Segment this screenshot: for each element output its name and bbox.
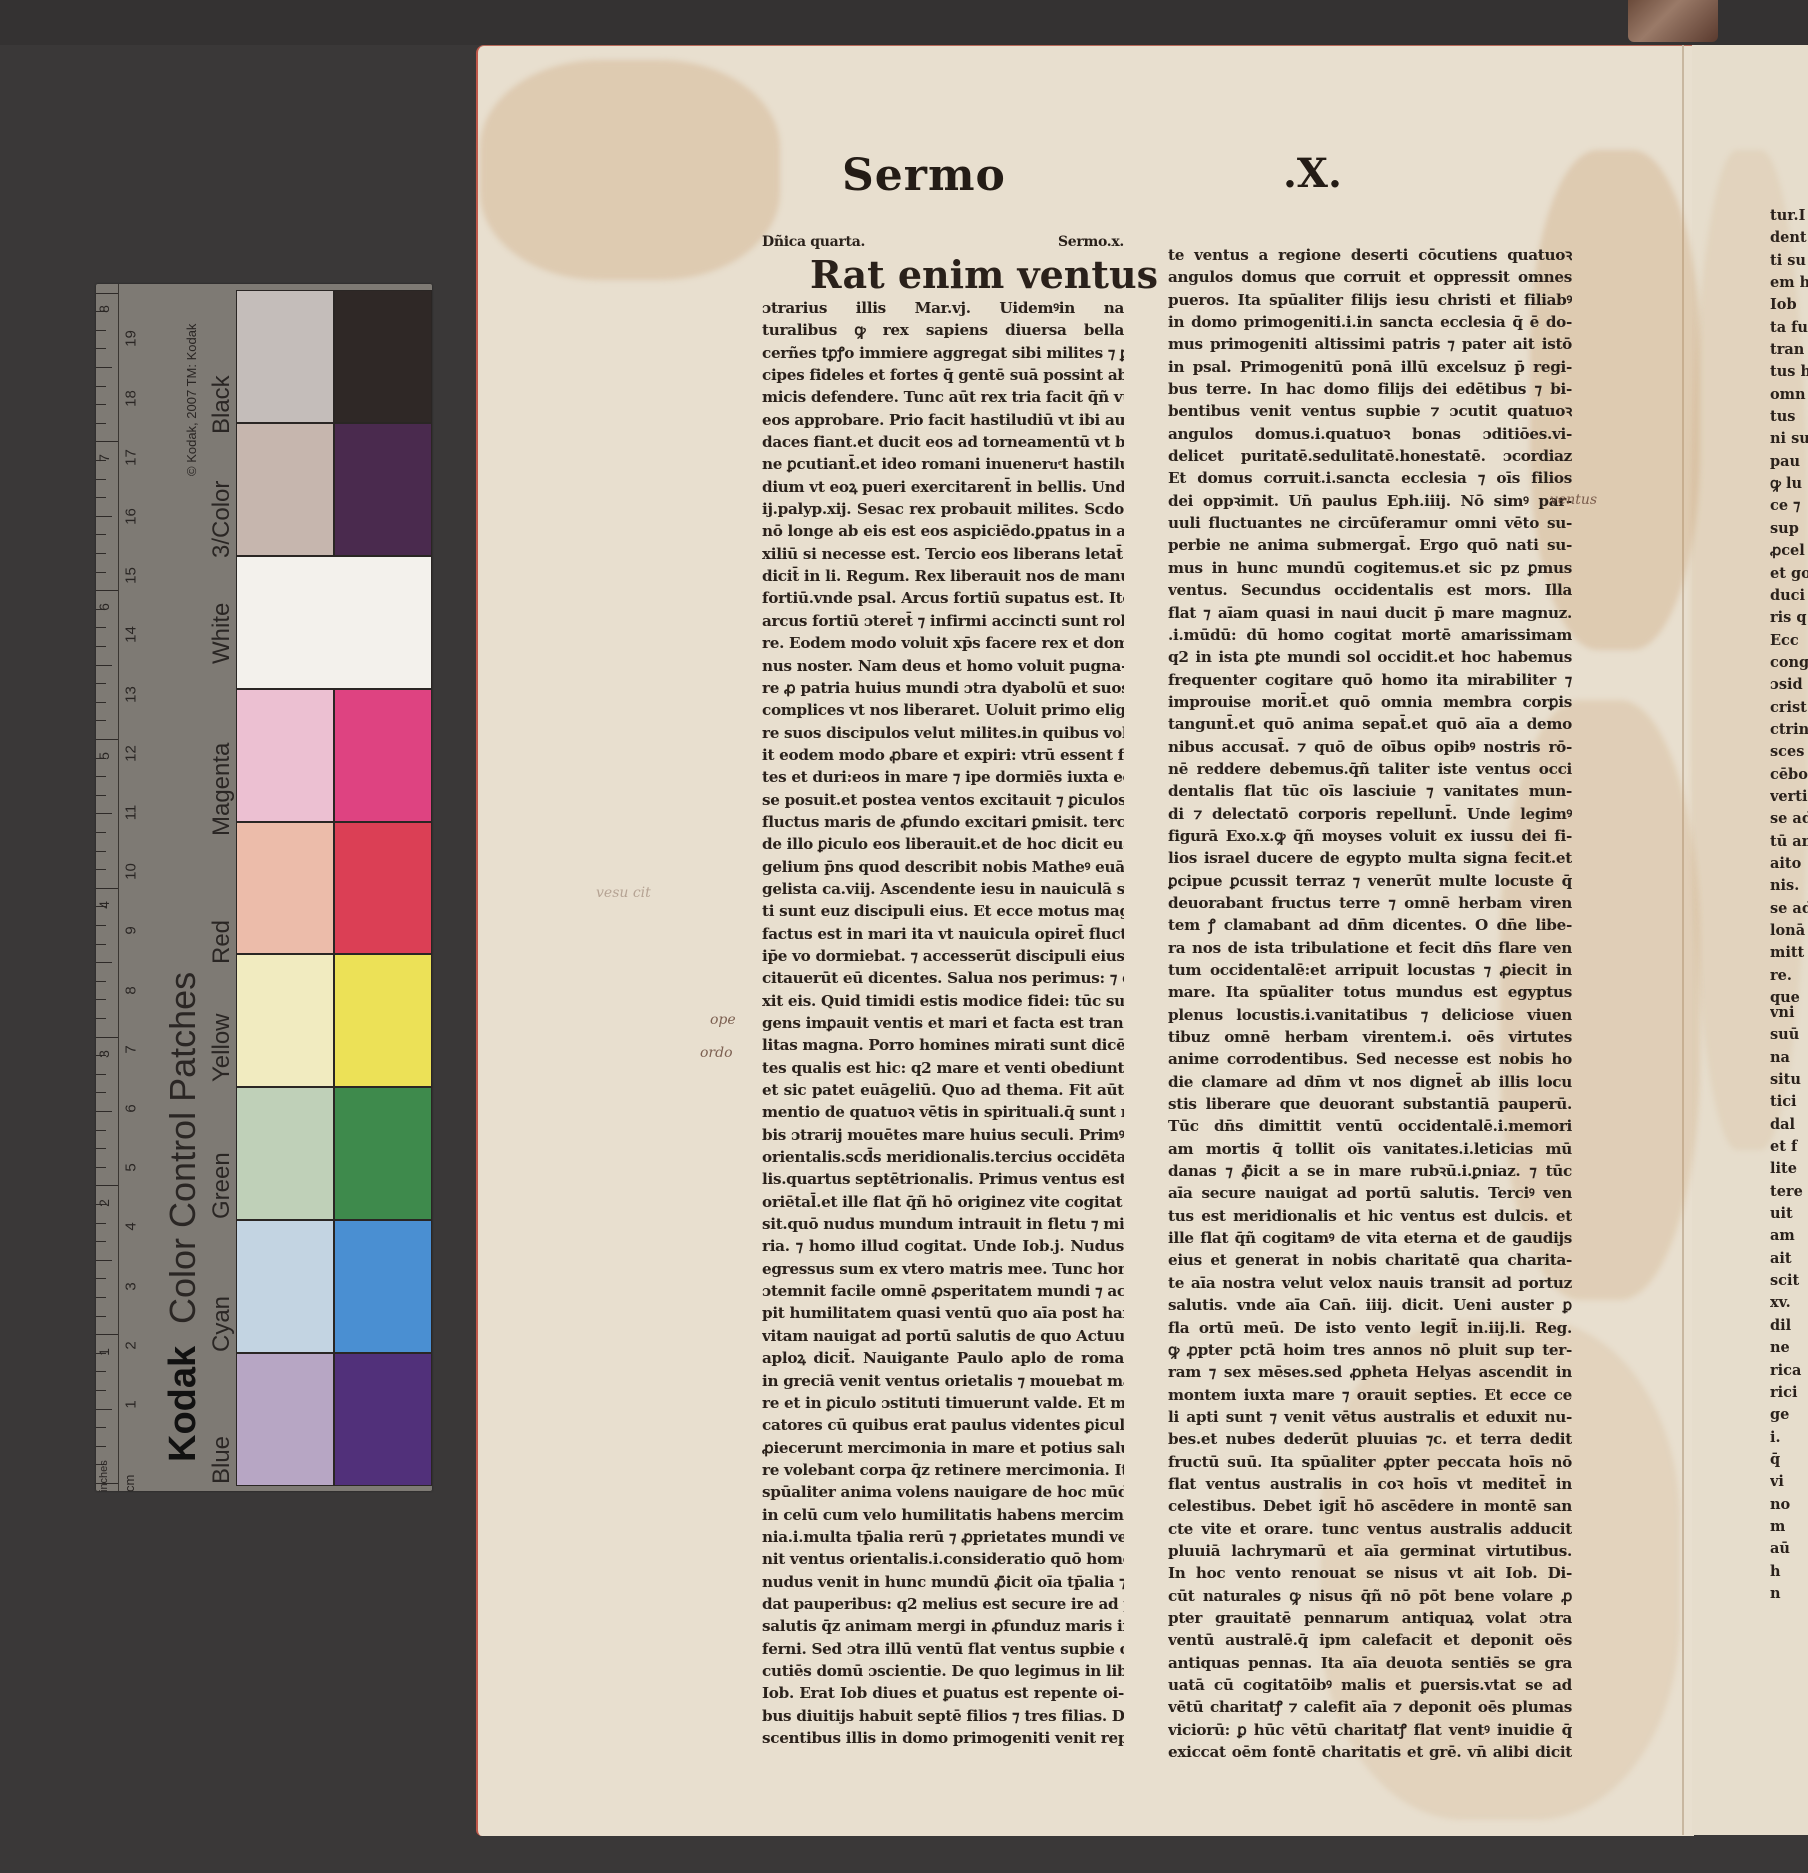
text-line: nus noster. Nam deus et homo voluit pugn… xyxy=(762,655,1124,677)
cm-tick-label: 16 xyxy=(123,504,140,530)
text-line: aploꝝ dicit̄. Nauigante Paulo aplo de ro… xyxy=(762,1347,1124,1369)
cm-tick-label: 15 xyxy=(123,563,140,589)
text-line: q2 in ista ꝑte mundi sol occidit.et hoc … xyxy=(1168,646,1572,668)
ruler-tick xyxy=(96,627,106,628)
text-column-right: te ventus a regione deserti cōcutiens qu… xyxy=(1168,244,1572,1763)
text-line: Iob. Erat Iob diues et ꝑuatus est repent… xyxy=(762,1682,1124,1704)
ruler-tick xyxy=(96,720,106,721)
text-line: danas ⁊ ꝓ̄icit a se in mare rubꝛū.i.ꝑnia… xyxy=(1168,1160,1572,1182)
running-head-number: .X. xyxy=(1283,150,1342,197)
fragment-line: ait xyxy=(1770,1248,1808,1270)
text-line: micis defendere. Tunc aūt rex tria facit… xyxy=(762,386,1124,408)
fragment-line: xv. xyxy=(1770,1292,1808,1314)
text-line: mus in hunc mundū cogitemus.et sic pz ꝑm… xyxy=(1168,557,1572,579)
text-line: In hoc vento renouat se nisus vt ait Iob… xyxy=(1168,1562,1572,1584)
text-line: viciorū: ꝑ hūc vētū charitatꝭ flat ventꝰ… xyxy=(1168,1719,1572,1741)
patch-red-light xyxy=(236,822,334,955)
text-line: celestibus. Debet igit̄ hō ascēdere in m… xyxy=(1168,1495,1572,1517)
running-head-sermo: Sermo xyxy=(842,150,1006,201)
patch-yellow-light xyxy=(236,954,334,1087)
fragment-line: ctrin xyxy=(1770,719,1808,741)
text-line: spūaliter anima volens nauigare de hoc m… xyxy=(762,1481,1124,1503)
text-line: vētū charitatꝭ ⁊ calefit aīa ⁊ deponit o… xyxy=(1168,1696,1572,1718)
ruler-tick xyxy=(96,293,118,294)
text-line: in greciā venit ventus orietalis ⁊ moueb… xyxy=(762,1370,1124,1392)
text-line: anime corrodentibus. Sed necesse est nob… xyxy=(1168,1048,1572,1070)
incipit-heading: Rat enim ventus xyxy=(810,253,1124,297)
inch-tick-label: 2 xyxy=(96,1193,112,1213)
ruler-tick xyxy=(96,590,118,591)
ruler-tick xyxy=(96,869,106,870)
patch-black-light xyxy=(236,290,334,423)
fragment-line: ris q xyxy=(1770,607,1808,629)
fragment-line: ta fu xyxy=(1770,317,1808,339)
text-line: it eodem modo ꝓbare et expiri: vtrū esse… xyxy=(762,744,1124,766)
patch-green-dark xyxy=(334,1087,432,1220)
patch-label: White xyxy=(208,603,236,664)
text-line: tus est meridionalis et hic ventus est d… xyxy=(1168,1205,1572,1227)
cm-tick-label: 5 xyxy=(123,1155,140,1181)
fragment-line: verti xyxy=(1770,786,1808,808)
patch-label: 3/Color xyxy=(208,481,236,558)
text-line: fructū suū. Ita spūaliter ꝓpter peccata … xyxy=(1168,1451,1572,1473)
ruler-units-inches: inches xyxy=(98,1460,110,1492)
ruler-tick xyxy=(96,1018,106,1019)
text-line: turalibus ꝙ rex sapiens diuersa bella xyxy=(762,319,1124,341)
text-line: ꝓiecerunt mercimonia in mare et potius s… xyxy=(762,1437,1124,1459)
ruler-tick xyxy=(96,1278,106,1279)
text-line: ꝑcipue ꝑcussit terraz ⁊ venerūt multe lo… xyxy=(1168,870,1572,892)
book-edge xyxy=(1628,0,1718,42)
text-line: mus primogeniti altissimi patris ⁊ pater… xyxy=(1168,333,1572,355)
fragment-line: nis. xyxy=(1770,875,1808,897)
text-line: lios israel ducere de egypto multa signa… xyxy=(1168,847,1572,869)
text-line: ille flat q̄ñ cogitamꝰ de vita eterna et… xyxy=(1168,1227,1572,1249)
text-line: tangunt̄.et quō anima sepat̄.et quō aīa … xyxy=(1168,713,1572,735)
text-line: ventus. Secundus occidentalis est mors. … xyxy=(1168,579,1572,601)
ruler-tick xyxy=(96,497,106,498)
fragment-line: vni xyxy=(1770,1002,1808,1024)
text-line: scentibus illis in domo primogeniti veni… xyxy=(762,1727,1124,1749)
text-line: Tūc dn̄s dimittit ventū occidentalē.i.me… xyxy=(1168,1115,1572,1137)
text-line: stis liberare que deuorant substantiā pa… xyxy=(1168,1093,1572,1115)
text-line: plenus locustis.i.vanitatibus ⁊ delicios… xyxy=(1168,1004,1572,1026)
ruler-tick xyxy=(96,813,112,814)
text-line: te aīa nostra velut velox nauis transit … xyxy=(1168,1272,1572,1294)
text-line: te ventus a regione deserti cōcutiens qu… xyxy=(1168,244,1572,266)
fragment-line: ge xyxy=(1770,1404,1808,1426)
text-line: salutis. vnde aīa Can̄. iiij. dicit. Uen… xyxy=(1168,1294,1572,1316)
ruler-tick xyxy=(96,1260,112,1261)
cm-tick-label: 3 xyxy=(123,1273,140,1299)
fragment-line: ꝓcel xyxy=(1770,540,1808,562)
ruler-units-cm: cm xyxy=(122,1475,137,1492)
text-line: catores cū quibus erat paulus videntes ꝑ… xyxy=(762,1414,1124,1436)
text-line: vitam nauigat ad portū salutis de quo Ac… xyxy=(762,1325,1124,1347)
text-line: angulos domus que corruit et oppressit o… xyxy=(1168,266,1572,288)
ruler-tick xyxy=(96,832,106,833)
cm-tick-label: 8 xyxy=(123,977,140,1003)
cm-tick-label: 2 xyxy=(123,1332,140,1358)
text-line: egressus sum ex vtero matris mee. Tunc h… xyxy=(762,1258,1124,1280)
ruler-tick xyxy=(96,1334,118,1335)
text-line: cutiēs domū ɔscientie. De quo legimus in… xyxy=(762,1660,1124,1682)
text-line: gelista ca.viij. Ascendente iesu in naui… xyxy=(762,878,1124,900)
fragment-line: tus h xyxy=(1770,361,1808,383)
patch-cyan-dark xyxy=(334,1220,432,1353)
text-line: ɔtemnit facile omnē ꝓsperitatem mundi ⁊ … xyxy=(762,1280,1124,1302)
fragment-line: tur.I xyxy=(1770,205,1808,227)
text-line: arcus fortiū ɔteret̄ ⁊ infirmi accincti … xyxy=(762,610,1124,632)
ruler-tick xyxy=(96,925,106,926)
text-line: mentio de quatuoꝛ vētis in spirituali.q̄… xyxy=(762,1101,1124,1123)
text-line: die clamare ad dn̄m vt nos dignet̄ ab il… xyxy=(1168,1071,1572,1093)
ruler-tick xyxy=(96,572,106,573)
text-line: litas magna. Porro homines mirati sunt d… xyxy=(762,1034,1124,1056)
text-line: ɔtrarius illis Mar.vj. Uidemꝰin na xyxy=(762,297,1124,319)
text-line: aīa secure nauigat ad portū salutis. Ter… xyxy=(1168,1182,1572,1204)
fragment-line: lite xyxy=(1770,1158,1808,1180)
fragment-line: ɔsid xyxy=(1770,674,1808,696)
patch-blue-dark xyxy=(334,1353,432,1486)
fragment-line: em h xyxy=(1770,272,1808,294)
text-line: nudus venit in hunc mundū ꝓ̄icit oīa tp̄… xyxy=(762,1571,1124,1593)
text-line: nit ventus orientalis.i.consideratio quō… xyxy=(762,1548,1124,1570)
ruler-tick xyxy=(96,1167,106,1168)
fragment-line: sup xyxy=(1770,518,1808,540)
inch-tick-label: 1 xyxy=(96,1342,112,1362)
fragment-line: duci xyxy=(1770,585,1808,607)
text-line: nibus accusat̄. ⁊ quō de oībus opibꝰ nos… xyxy=(1168,736,1572,758)
scan-background xyxy=(0,0,1808,45)
text-line: flat ventus australis in coꝛ hoīs vt med… xyxy=(1168,1473,1572,1495)
ruler-tick xyxy=(96,888,118,889)
text-line: in psal. Primogenitū ponā illū excelsuz … xyxy=(1168,356,1572,378)
fragment-line: am xyxy=(1770,1225,1808,1247)
fragment-line: no xyxy=(1770,1494,1808,1516)
kodak-title: Color Control Patches xyxy=(162,972,204,1324)
ruler-tick xyxy=(96,702,106,703)
patch-yellow-dark xyxy=(334,954,432,1087)
kodak-color-card: cm inches Kodak Color Control Patches © … xyxy=(96,284,432,1491)
text-line: daces fiant.et ducit eos ad torneamentū … xyxy=(762,431,1124,453)
text-line: ip̄e vo dormiebat. ⁊ accesserūt discipul… xyxy=(762,945,1124,967)
kodak-brand: Kodak xyxy=(162,1346,205,1462)
text-line: sit.quō nudus mundum intrauit in fletu ⁊… xyxy=(762,1213,1124,1235)
text-line: re volebant corpa q̄z retinere mercimoni… xyxy=(762,1459,1124,1481)
fragment-line: se ad xyxy=(1770,898,1808,920)
text-line: pueros. Ita spūaliter filijs iesu christ… xyxy=(1168,289,1572,311)
ruler-tick xyxy=(96,776,106,777)
fragment-line: ne xyxy=(1770,1337,1808,1359)
text-line: am mortis q̄ tollit oīs vanitates.i.leti… xyxy=(1168,1138,1572,1160)
patch-magenta-light xyxy=(236,689,334,822)
cm-tick-label: 13 xyxy=(123,681,140,707)
fragment-line: dil xyxy=(1770,1315,1808,1337)
text-line: gens imꝑauit ventis et mari et facta est… xyxy=(762,1012,1124,1034)
text-line: tum occidentalē:et arripuit locustas ⁊ ꝓ… xyxy=(1168,959,1572,981)
text-line: re. Eodem modo voluit xp̄s facere rex et… xyxy=(762,632,1124,654)
cm-tick-label: 7 xyxy=(123,1036,140,1062)
text-line: fortiū.vnde psal. Arcus fortiū supatus e… xyxy=(762,587,1124,609)
text-line: cūt naturales ꝙ nisus q̄ñ nō pōt bene vo… xyxy=(1168,1585,1572,1607)
text-line: angulos domus.i.quatuoꝛ bonas ɔditiōes.v… xyxy=(1168,423,1572,445)
text-line: ꝙ ꝓpter pctā hoim tres annos nō pluit su… xyxy=(1168,1339,1572,1361)
text-line: ria. ⁊ homo illud cogitat. Unde Iob.j. N… xyxy=(762,1235,1124,1257)
fragment-line: cēbo xyxy=(1770,764,1808,786)
cm-tick-label: 17 xyxy=(123,444,140,470)
ruler-tick xyxy=(96,1092,106,1093)
patch-white xyxy=(236,556,432,689)
ruler-tick xyxy=(96,962,112,963)
fragment-line: ti su xyxy=(1770,250,1808,272)
text-line: ventū australē.q̄ ipm calefacit et depon… xyxy=(1168,1629,1572,1651)
text-line: ne ꝑcutiant̄.et ideo romani inueneruͤt h… xyxy=(762,453,1124,475)
fragment-line: et f xyxy=(1770,1136,1808,1158)
patch-red-dark xyxy=(334,822,432,955)
cm-tick-label: 12 xyxy=(123,740,140,766)
ruler-tick xyxy=(96,999,106,1000)
text-line: oriētal̄.et ille flat q̄ñ hō originez vi… xyxy=(762,1191,1124,1213)
text-line: complices vt nos liberaret. Uoluit primo… xyxy=(762,699,1124,721)
ruler-tick xyxy=(96,1037,118,1038)
ruler-tick xyxy=(96,1241,106,1242)
fragment-line: crist xyxy=(1770,697,1808,719)
cm-tick-label: 1 xyxy=(123,1392,140,1418)
text-line: factus est in mari ita vt nauicula opire… xyxy=(762,923,1124,945)
ruler-tick xyxy=(96,739,118,740)
text-line: deuorabant fructus terre ⁊ omnē herbam v… xyxy=(1168,892,1572,914)
text-line: flat ⁊ aīam quasi in naui ducit p̄ mare … xyxy=(1168,602,1572,624)
text-line: xiliū si necesse est. Tercio eos liberan… xyxy=(762,543,1124,565)
ruler-tick xyxy=(96,423,106,424)
ruler-tick xyxy=(96,851,106,852)
ruler-tick xyxy=(96,1390,106,1391)
text-line: dentalis flat tūc oīs lasciuie ⁊ vanitat… xyxy=(1168,780,1572,802)
text-line: pluuiā lachrymarū et aīa germinat virtut… xyxy=(1168,1540,1572,1562)
kodak-copyright: © Kodak, 2007 TM: Kodak xyxy=(184,324,199,476)
marginal-note: ordo xyxy=(700,1045,733,1061)
text-line: cte vite et orare. tunc ventus australis… xyxy=(1168,1518,1572,1540)
inch-tick-label: 7 xyxy=(96,448,112,468)
ruler-tick xyxy=(96,1446,106,1447)
ruler-tick xyxy=(96,386,106,387)
text-line: ij.palyp.xij. Sesac rex probauit milites… xyxy=(762,498,1124,520)
text-line: dat pauperibus: q2 melius est secure ire… xyxy=(762,1593,1124,1615)
text-line: .i.mūdū: dū homo cogitat mortē amarissim… xyxy=(1168,624,1572,646)
text-line: fla ortū meū. De isto vento legit̄ in.ii… xyxy=(1168,1317,1572,1339)
text-line: pit humilitatem quasi ventū quo aīa post… xyxy=(762,1302,1124,1324)
text-line: ti sunt euz discipuli eius. Et ecce motu… xyxy=(762,900,1124,922)
patch-label: Red xyxy=(208,920,236,964)
patch-magenta-dark xyxy=(334,689,432,822)
inch-tick-label: 4 xyxy=(96,895,112,915)
fragment-line: pau xyxy=(1770,451,1808,473)
cm-tick-label: 9 xyxy=(123,918,140,944)
fragment-line: ꝙ lu xyxy=(1770,473,1808,495)
text-line: dium vt eoꝝ pueri exercitarent̄ in belli… xyxy=(762,476,1124,498)
fragment-line: sces xyxy=(1770,741,1808,763)
inch-tick-label: 5 xyxy=(96,746,112,766)
text-line: tes qualis est hic: q2 mare et venti obe… xyxy=(762,1057,1124,1079)
cm-tick-label: 4 xyxy=(123,1214,140,1240)
ruler-tick xyxy=(96,1074,106,1075)
ruler-tick xyxy=(96,1297,106,1298)
text-line: nē reddere debemus.q̄ñ taliter iste vent… xyxy=(1168,758,1572,780)
fragment-line: dal xyxy=(1770,1114,1808,1136)
facing-page-text-upper: tur.Identti suem hIobta futrantus homntu… xyxy=(1770,205,1808,1009)
color-patches xyxy=(236,290,432,1486)
text-line: bis ɔtrarij mouētes mare huius seculi. P… xyxy=(762,1124,1124,1146)
ruler-tick xyxy=(96,1185,118,1186)
cm-tick-label: 18 xyxy=(123,385,140,411)
text-line: eos approbare. Prio facit hastiludiū vt … xyxy=(762,409,1124,431)
ruler-tick xyxy=(96,1427,106,1428)
fragment-line: tus xyxy=(1770,406,1808,428)
text-line: re et in ꝑiculo ɔstituti timuerunt valde… xyxy=(762,1392,1124,1414)
patch-label: Black xyxy=(208,375,236,434)
text-line: gelium p̄ns quod describit nobis Matheꝰ … xyxy=(762,856,1124,878)
text-line: Et domus corruit.i.sancta ecclesia ⁊ oīs… xyxy=(1168,467,1572,489)
fragment-line: se ad xyxy=(1770,808,1808,830)
text-line: dicit̄ in li. Regum. Rex liberauit nos d… xyxy=(762,565,1124,587)
ruler-tick xyxy=(96,1371,106,1372)
text-line: mare. Ita spūaliter totus mundus est egy… xyxy=(1168,981,1572,1003)
fragment-line: h xyxy=(1770,1561,1808,1583)
text-line: li apti sunt ⁊ venit vētus australis et … xyxy=(1168,1406,1572,1428)
patch-label: Green xyxy=(208,1152,236,1219)
text-line: de illo ꝑiculo eos liberauit.et de hoc d… xyxy=(762,833,1124,855)
text-line: re ꝓ patria huius mundi ɔtra dyabolū et … xyxy=(762,677,1124,699)
fragment-line: uit xyxy=(1770,1203,1808,1225)
ruler-tick xyxy=(96,516,112,517)
text-line: bes.et nubes dederūt pluuias ⁊c. et terr… xyxy=(1168,1428,1572,1450)
fragment-line: tere xyxy=(1770,1181,1808,1203)
text-line: in celū cum velo humilitatis habens merc… xyxy=(762,1504,1124,1526)
text-line: nia.i.multa tp̄alia rerū ⁊ ꝓprietates mu… xyxy=(762,1526,1124,1548)
inch-tick-label: 6 xyxy=(96,597,112,617)
text-line: re suos discipulos velut milites.in quib… xyxy=(762,722,1124,744)
fragment-line: situ xyxy=(1770,1069,1808,1091)
cm-tick-label: 10 xyxy=(123,859,140,885)
patch-black-dark xyxy=(334,290,432,423)
fragment-line: vi xyxy=(1770,1471,1808,1493)
patch-blue-light xyxy=(236,1353,334,1486)
fragment-line: scit xyxy=(1770,1270,1808,1292)
inch-tick-label: 3 xyxy=(96,1044,112,1064)
ruler-tick xyxy=(96,479,106,480)
text-line: in domo primogeniti.i.in sancta ecclesia… xyxy=(1168,311,1572,333)
text-line: uuli fluctuantes ne circūferamur omni vē… xyxy=(1168,512,1572,534)
inch-tick-label: 8 xyxy=(96,299,112,319)
text-line: ra nos de ista tribulatione et fecit dn̄… xyxy=(1168,937,1572,959)
cm-tick-label: 6 xyxy=(123,1096,140,1122)
fragment-line: re. xyxy=(1770,965,1808,987)
ruler-tick xyxy=(96,348,106,349)
text-line: et sic patet euāgeliū. Quo ad thema. Fit… xyxy=(762,1079,1124,1101)
ruler-tick xyxy=(96,981,106,982)
ruler-tick xyxy=(96,553,106,554)
fragment-line: q̄ xyxy=(1770,1449,1808,1471)
cm-tick-label: 14 xyxy=(123,622,140,648)
text-line: pter grauitatē pennarum antiquaꝝ volat ɔ… xyxy=(1168,1607,1572,1629)
ruler-tick xyxy=(96,1316,106,1317)
ruler-tick xyxy=(96,367,112,368)
text-line: montem iuxta mare ⁊ orauit septies. Et e… xyxy=(1168,1384,1572,1406)
fragment-line: et go xyxy=(1770,563,1808,585)
text-line: cipes fideles et fortes q̄ gentē suā pos… xyxy=(762,364,1124,386)
text-line: tibuz omnē herbam virentem.i. oēs virtut… xyxy=(1168,1026,1572,1048)
ruler-tick xyxy=(96,404,106,405)
text-line: ferni. Sed ɔtra illū ventū flat ventus s… xyxy=(762,1638,1124,1660)
patch-label: Magenta xyxy=(208,743,236,836)
ruler-tick xyxy=(96,1130,106,1131)
text-line: bus terre. In hac domo filijs dei edētib… xyxy=(1168,378,1572,400)
text-line: bus diuitijs habuit septē filios ⁊ tres … xyxy=(762,1705,1124,1727)
text-line: fluctus maris de ꝓfundo excitari ꝑmisit.… xyxy=(762,811,1124,833)
fragment-line: rici xyxy=(1770,1382,1808,1404)
subhead-sermo: Sermo.x. xyxy=(1058,231,1124,253)
ruler-tick xyxy=(96,1148,106,1149)
ruler-tick xyxy=(96,441,118,442)
text-line: improuise morit̄.et quō omnia membra cor… xyxy=(1168,691,1572,713)
fragment-line: na xyxy=(1770,1047,1808,1069)
fragment-line: dent xyxy=(1770,227,1808,249)
fragment-line: omn xyxy=(1770,384,1808,406)
text-line: frequenter cogitare quō homo ita mirabil… xyxy=(1168,669,1572,691)
cm-tick-label: 19 xyxy=(123,326,140,352)
ruler-tick xyxy=(96,646,106,647)
text-line: tem ꝭ clamabant ad dn̄m dicentes. O dn̄e… xyxy=(1168,914,1572,936)
text-line: ram ⁊ sex mēses.sed ꝓpheta Helyas ascend… xyxy=(1168,1361,1572,1383)
ruler-tick xyxy=(96,1409,112,1410)
fragment-line: tū an xyxy=(1770,831,1808,853)
fragment-line: rica xyxy=(1770,1360,1808,1382)
fragment-line: Iob xyxy=(1770,294,1808,316)
text-line: uatā cū cogitatōibꝰ malis et ꝑuersis.vta… xyxy=(1168,1674,1572,1696)
text-line: citauerūt eū dicentes. Salua nos perimus… xyxy=(762,967,1124,989)
text-column-left: Dñica quarta. Sermo.x. Rat enim ventus ɔ… xyxy=(762,231,1124,1749)
fragment-line: aito xyxy=(1770,853,1808,875)
fragment-line: i. xyxy=(1770,1427,1808,1449)
patch-3-color-light xyxy=(236,423,334,556)
ruler-tick xyxy=(96,330,106,331)
text-line: di ⁊ delectatō corporis repellunt̄. Unde… xyxy=(1168,803,1572,825)
patch-label: Blue xyxy=(208,1436,236,1484)
text-line: se posuit.et postea ventos excitauit ⁊ ꝑ… xyxy=(762,789,1124,811)
fragment-line: tici xyxy=(1770,1091,1808,1113)
text-line: bentibus venit ventus supbie ⁊ ɔcutit qu… xyxy=(1168,400,1572,422)
fragment-line: suū xyxy=(1770,1024,1808,1046)
text-line: xit eis. Quid timidi estis modice fidei:… xyxy=(762,990,1124,1012)
text-line: orientalis.scd̄s meridionalis.tercius oc… xyxy=(762,1146,1124,1168)
fragment-line: mitt xyxy=(1770,942,1808,964)
facing-page-text-lower: vnisuūnasituticidalet flitetereuitamaits… xyxy=(1770,1002,1808,1605)
subhead-sunday: Dñica quarta. xyxy=(762,231,865,253)
text-line: antiquas pennas. Ita aīa deuota sentiēs … xyxy=(1168,1652,1572,1674)
patch-label: Cyan xyxy=(208,1296,236,1352)
text-line: delicet puritatē.sedulitatē.honestatē. ɔ… xyxy=(1168,445,1572,467)
text-line: perbie ne anima submergat̄. Ergo quō nat… xyxy=(1168,534,1572,556)
marginal-note: ventus xyxy=(1550,492,1597,508)
fragment-line: aū xyxy=(1770,1538,1808,1560)
ruler-tick xyxy=(96,795,106,796)
fragment-line: tran xyxy=(1770,339,1808,361)
fragment-line: ni su xyxy=(1770,428,1808,450)
water-stain xyxy=(480,60,780,280)
patch-green-light xyxy=(236,1087,334,1220)
ruler-tick xyxy=(96,1223,106,1224)
